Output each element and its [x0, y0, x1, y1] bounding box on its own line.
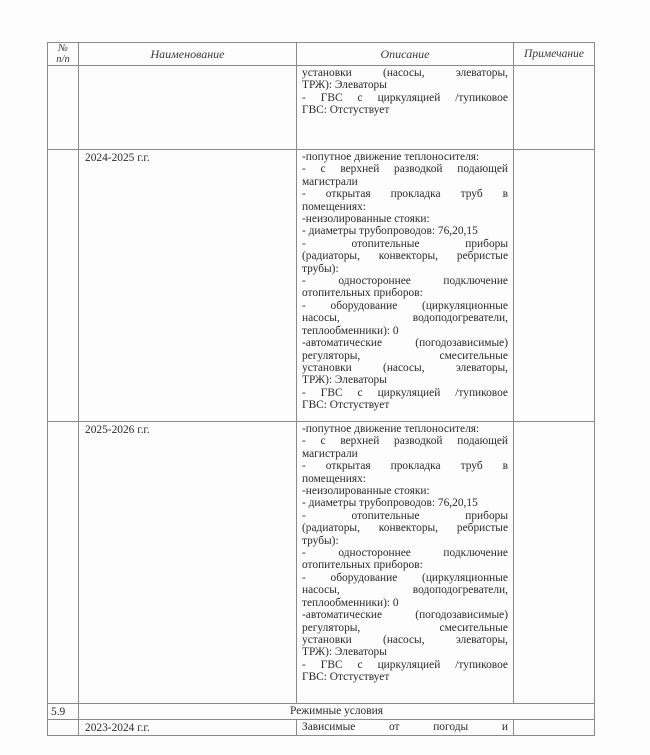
- row-note: [514, 720, 595, 736]
- description-line: регуляторы, смесительные: [302, 350, 508, 362]
- header-number-line2: п/п: [56, 54, 69, 65]
- row-number: [48, 422, 79, 704]
- description-line: Зависимые от погоды и: [302, 721, 508, 733]
- row-note: [514, 422, 595, 704]
- row-description: Зависимые от погоды и: [297, 720, 514, 736]
- description-line: - диаметры трубопроводов: 76,20,15: [302, 497, 508, 509]
- section-title: Режимные условия: [79, 704, 595, 720]
- row-name: [79, 66, 297, 150]
- row-description: -попутное движение теплоносителя:- с вер…: [297, 150, 514, 422]
- description-line: - ГВС с циркуляцией /тупиковое: [302, 387, 508, 399]
- description-line: магистрали: [302, 448, 508, 460]
- description-line: насосы, водоподогреватели,: [302, 584, 508, 596]
- table-row: 2023-2024 г.г. Зависимые от погоды и: [48, 720, 595, 736]
- description-line: - одностороннее подключение: [302, 275, 508, 287]
- description-line: - с верхней разводкой подающей: [302, 163, 508, 175]
- description-line: помещениях:: [302, 201, 508, 213]
- row-note: [514, 150, 595, 422]
- description-line: (радиаторы, конвекторы, ребристые: [302, 522, 508, 534]
- document-page: № п/п Наименование Описание Примечание у…: [0, 0, 650, 755]
- description-line: трубы):: [302, 263, 508, 275]
- description-line: трубы):: [302, 535, 508, 547]
- description-line: ТРЖ): Элеваторы: [302, 646, 508, 658]
- header-number-line1: №: [58, 43, 68, 54]
- description-line: установки (насосы, элеваторы,: [302, 634, 508, 646]
- description-line: регуляторы, смесительные: [302, 622, 508, 634]
- row-description: -попутное движение теплоносителя:- с вер…: [297, 422, 514, 704]
- description-line: теплообменники): 0: [302, 597, 508, 609]
- description-line: магистрали: [302, 176, 508, 188]
- description-line: - ГВС с циркуляцией /тупиковое: [302, 92, 508, 104]
- description-line: -автоматические (погодозависимые): [302, 609, 508, 621]
- section-row: 5.9 Режимные условия: [48, 704, 595, 720]
- description-line: ТРЖ): Элеваторы: [302, 374, 508, 386]
- row-number: [48, 66, 79, 150]
- description-line: - открытая прокладка труб в: [302, 460, 508, 472]
- header-note: Примечание: [514, 43, 595, 66]
- description-line: теплообменники): 0: [302, 325, 508, 337]
- description-line: насосы, водоподогреватели,: [302, 312, 508, 324]
- description-line: ТРЖ): Элеваторы: [302, 79, 508, 91]
- description-line: установки (насосы, элеваторы,: [302, 67, 508, 79]
- table-row: 2024-2025 г.г. -попутное движение теплон…: [48, 150, 595, 422]
- description-line: - отопительные приборы: [302, 510, 508, 522]
- header-number: № п/п: [48, 43, 79, 66]
- description-line: - открытая прокладка труб в: [302, 188, 508, 200]
- row-note: [514, 66, 595, 150]
- row-number: [48, 720, 79, 736]
- description-line: -попутное движение теплоносителя:: [302, 423, 508, 435]
- heating-system-table: № п/п Наименование Описание Примечание у…: [47, 42, 595, 736]
- description-line: - ГВС с циркуляцией /тупиковое: [302, 659, 508, 671]
- table-row: установки (насосы, элеваторы,ТРЖ): Элева…: [48, 66, 595, 150]
- section-number: 5.9: [48, 704, 79, 720]
- description-line: - оборудование (циркуляционные: [302, 572, 508, 584]
- description-line: -попутное движение теплоносителя:: [302, 151, 508, 163]
- description-line: -неизолированные стояки:: [302, 485, 508, 497]
- row-name: 2025-2026 г.г.: [79, 422, 297, 704]
- description-line: ГВС: Отстуствует: [302, 671, 508, 683]
- description-line: - оборудование (циркуляционные: [302, 300, 508, 312]
- description-line: ГВС: Отстуствует: [302, 399, 508, 411]
- description-line: - с верхней разводкой подающей: [302, 435, 508, 447]
- description-line: -автоматические (погодозависимые): [302, 337, 508, 349]
- description-line: помещениях:: [302, 473, 508, 485]
- table-header-row: № п/п Наименование Описание Примечание: [48, 43, 595, 66]
- description-line: ГВС: Отстуствует: [302, 104, 508, 116]
- description-line: - диаметры трубопроводов: 76,20,15: [302, 225, 508, 237]
- description-line: (радиаторы, конвекторы, ребристые: [302, 250, 508, 262]
- description-line: - отопительные приборы: [302, 238, 508, 250]
- description-line: отопительных приборов:: [302, 287, 508, 299]
- description-line: установки (насосы, элеваторы,: [302, 362, 508, 374]
- header-description: Описание: [297, 43, 514, 66]
- description-line: отопительных приборов:: [302, 559, 508, 571]
- description-line: -неизолированные стояки:: [302, 213, 508, 225]
- row-description: установки (насосы, элеваторы,ТРЖ): Элева…: [297, 66, 514, 150]
- table-row: 2025-2026 г.г. -попутное движение теплон…: [48, 422, 595, 704]
- row-name: 2023-2024 г.г.: [79, 720, 297, 736]
- description-line: - одностороннее подключение: [302, 547, 508, 559]
- row-name: 2024-2025 г.г.: [79, 150, 297, 422]
- row-number: [48, 150, 79, 422]
- header-name: Наименование: [79, 43, 297, 66]
